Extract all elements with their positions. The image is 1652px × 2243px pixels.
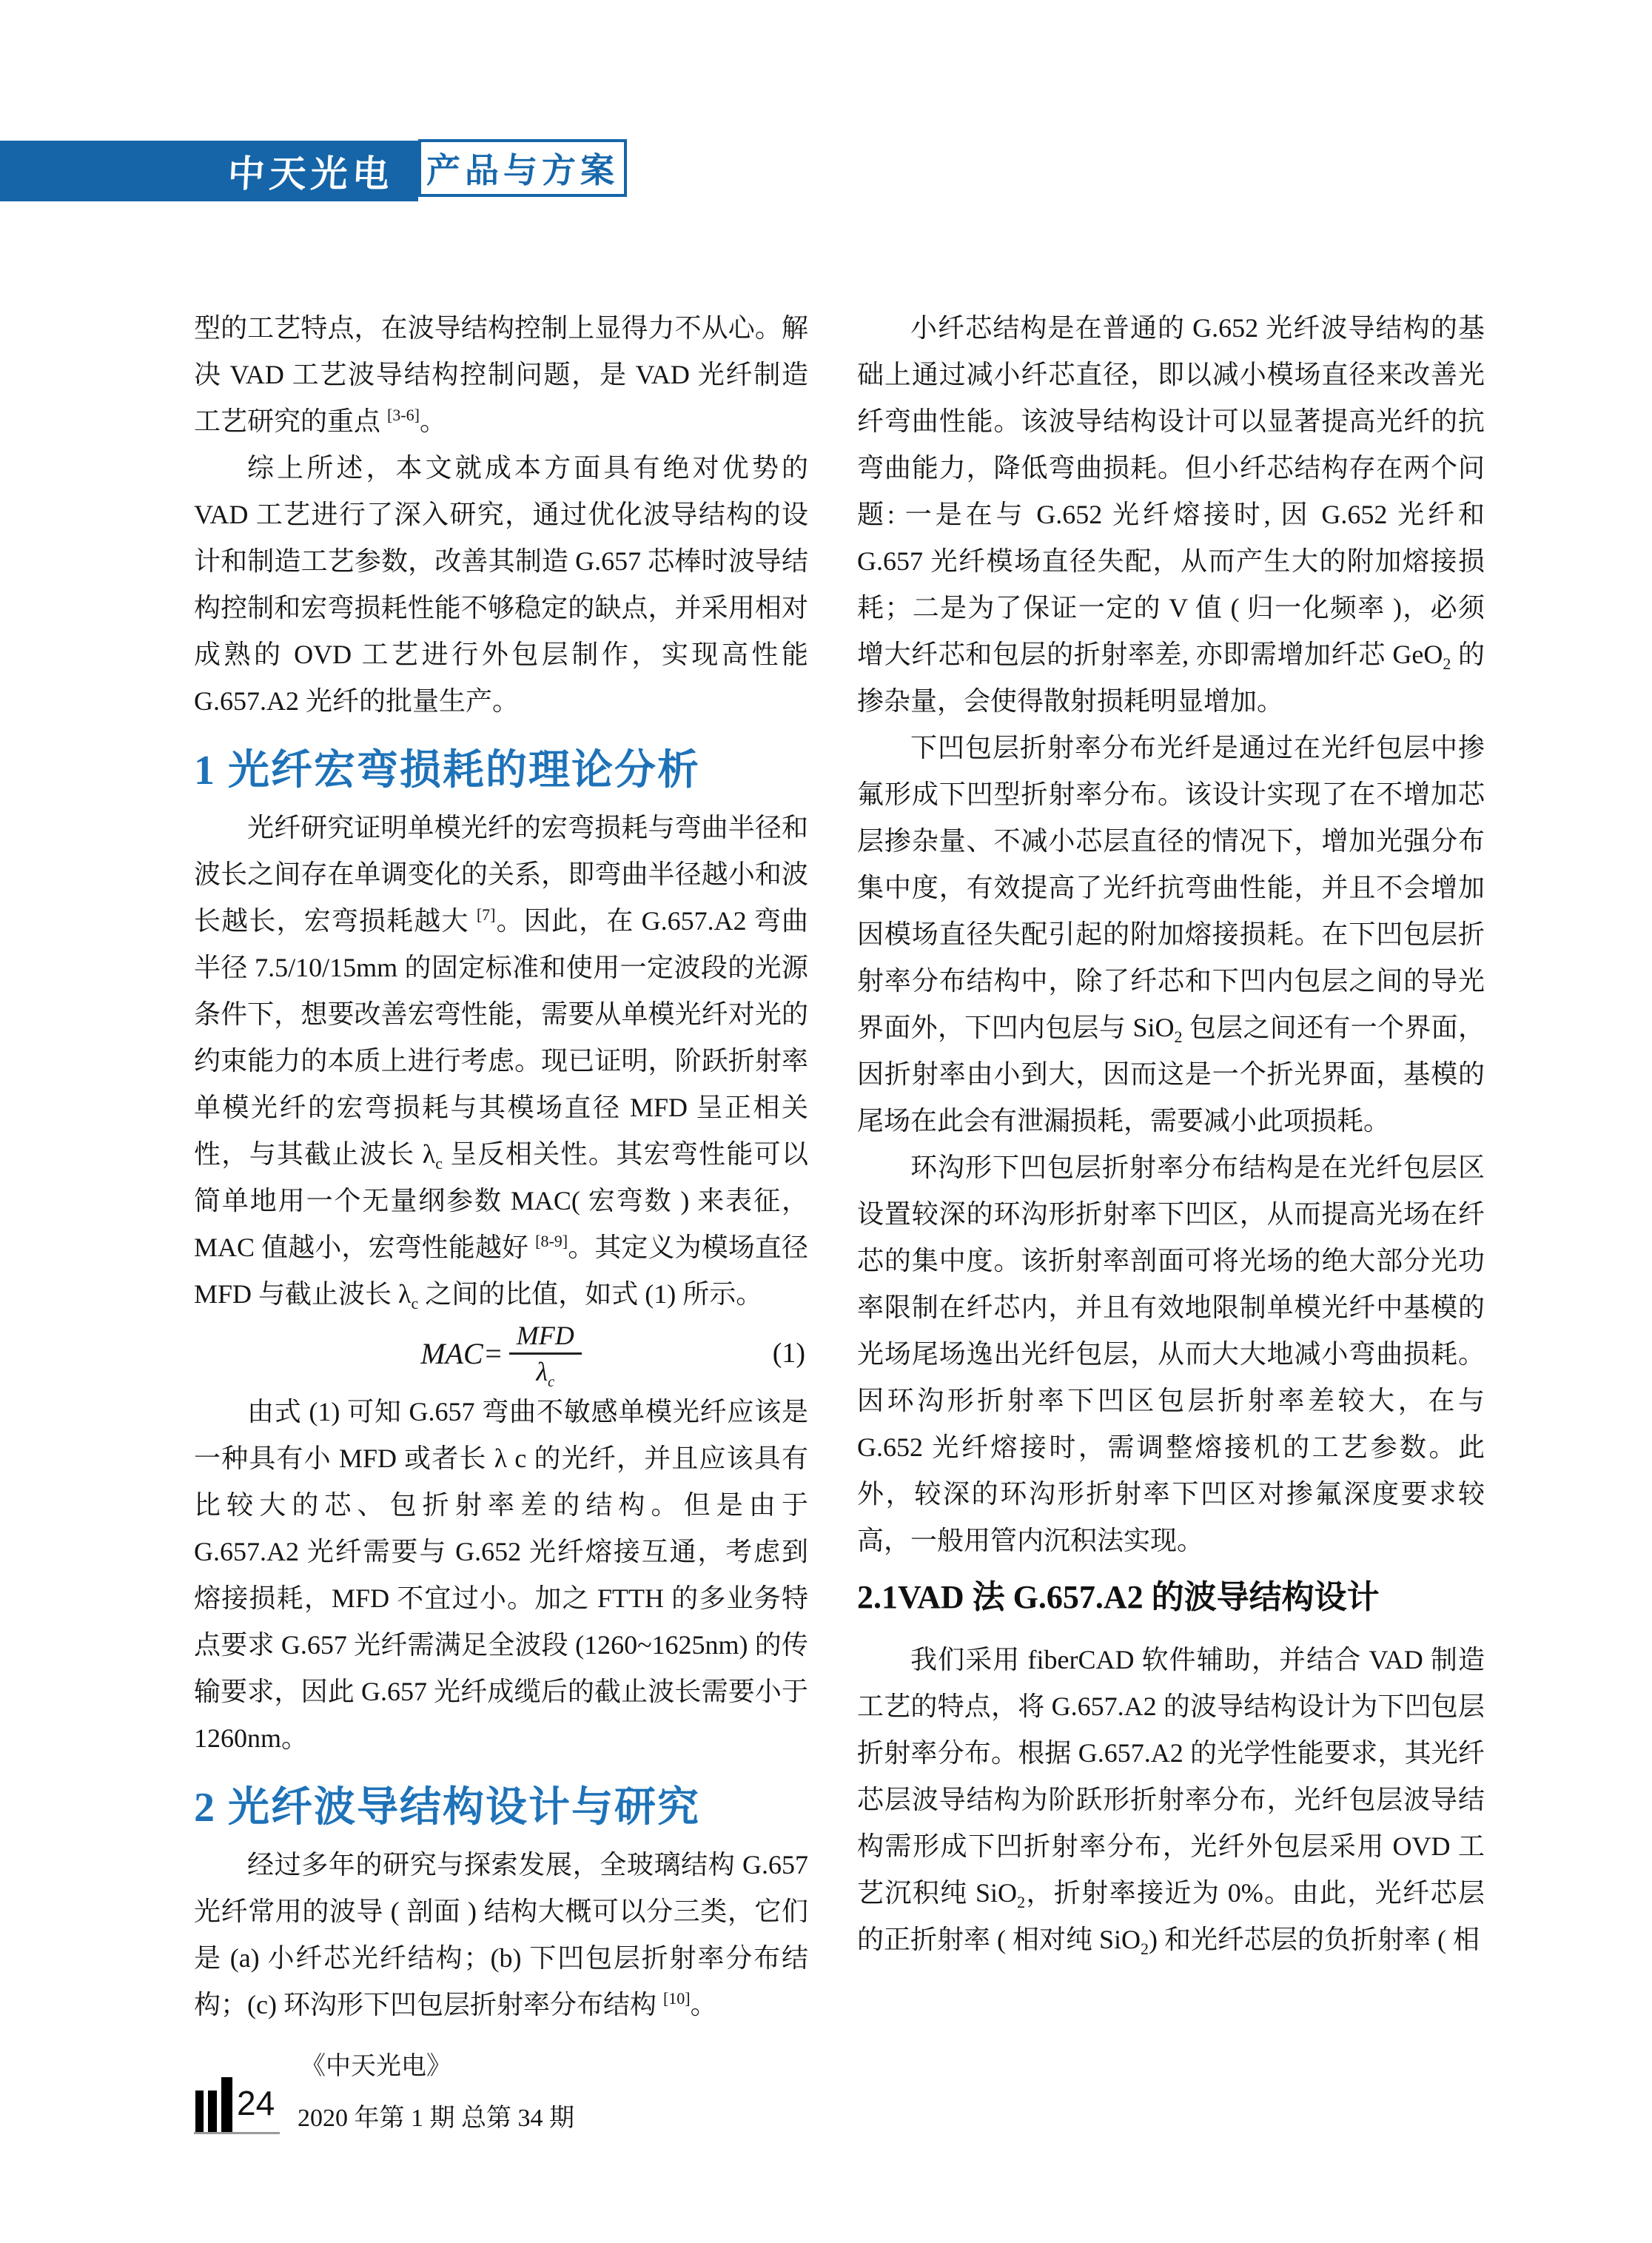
paragraph: 下凹包层折射率分布光纤是通过在光纤包层中掺氟形成下凹型折射率分布。该设计实现了在… <box>857 725 1485 1144</box>
citation-ref: [3-6] <box>387 406 420 424</box>
paragraph: 我们采用 fiberCAD 软件辅助，并结合 VAD 制造工艺的特点，将 G.6… <box>857 1637 1485 1963</box>
fraction: MFD λc <box>509 1318 582 1389</box>
section-label-box: 产品与方案 <box>418 139 627 197</box>
brand-logo: 中天光电 <box>226 144 395 198</box>
paragraph: 经过多年的研究与探索发展，全玻璃结构 G.657 光纤常用的波导 ( 剖面 ) … <box>194 1842 808 2028</box>
bar-icon <box>195 2091 204 2132</box>
equation-lhs: MAC= <box>420 1336 503 1371</box>
paragraph: 小纤芯结构是在普通的 G.652 光纤波导结构的基础上通过减小纤芯直径，即以减小… <box>857 305 1485 725</box>
subscript: 2 <box>1141 1939 1149 1958</box>
paragraph: 光纤研究证明单模光纤的宏弯损耗与弯曲半径和波长之间存在单调变化的关系，即弯曲半径… <box>194 805 808 1318</box>
paragraph: 综上所述，本文就成本方面具有绝对优势的 VAD 工艺进行了深入研究，通过优化波导… <box>194 445 808 725</box>
paragraph: 环沟形下凹包层折射率分布结构是在光纤包层区设置较深的环沟形折射率下凹区，从而提高… <box>857 1144 1485 1564</box>
lambda-symbol: λ <box>536 1357 548 1387</box>
subscript: c <box>412 1294 419 1312</box>
paragraph-text: 。 <box>691 1990 717 2019</box>
footer-rule <box>194 2132 280 2134</box>
section-heading-2: 2 光纤波导结构设计与研究 <box>194 1781 808 1834</box>
subscript: 2 <box>1175 1027 1183 1046</box>
subscript: 2 <box>1017 1893 1025 1911</box>
page-number: 24 <box>237 2083 275 2123</box>
page-badge-bars-icon <box>195 2077 232 2132</box>
subscript: c <box>435 1154 443 1173</box>
subscript: 2 <box>1443 654 1451 673</box>
paragraph-text: 小纤芯结构是在普通的 G.652 光纤波导结构的基础上通过减小纤芯直径，即以减小… <box>857 313 1485 669</box>
journal-page: 中天光电 产品与方案 型的工艺特点，在波导结构控制上显得力不从心。解决 VAD … <box>0 0 1652 2243</box>
bar-icon <box>221 2077 232 2132</box>
left-column: 型的工艺特点，在波导结构控制上显得力不从心。解决 VAD 工艺波导结构控制问题，… <box>194 305 808 2028</box>
citation-ref: [7] <box>477 905 496 924</box>
journal-name: 《中天光电》 <box>300 2051 451 2083</box>
fraction-numerator: MFD <box>509 1318 582 1355</box>
journal-issue: 2020 年第 1 期 总第 34 期 <box>298 2102 574 2135</box>
paragraph: 由式 (1) 可知 G.657 弯曲不敏感单模光纤应该是一种具有小 MFD 或者… <box>194 1389 808 1762</box>
equation: MAC= MFD λc (1) <box>194 1318 808 1389</box>
right-column: 小纤芯结构是在普通的 G.652 光纤波导结构的基础上通过减小纤芯直径，即以减小… <box>857 305 1485 1963</box>
paragraph-text: 。因此，在 G.657.A2 弯曲半径 7.5/10/15mm 的固定标准和使用… <box>194 906 808 1169</box>
subscript: c <box>548 1374 554 1390</box>
citation-ref: [8-9] <box>535 1232 568 1250</box>
bar-icon <box>208 2091 217 2132</box>
paragraph: 型的工艺特点，在波导结构控制上显得力不从心。解决 VAD 工艺波导结构控制问题，… <box>194 305 808 445</box>
paragraph-text: ) 和光纤芯层的负折射率 ( 相 <box>1149 1925 1480 1954</box>
citation-ref: [10] <box>663 1989 691 2008</box>
paragraph-text: 型的工艺特点，在波导结构控制上显得力不从心。解决 VAD 工艺波导结构控制问题，… <box>194 313 808 436</box>
paragraph-text: 下凹包层折射率分布光纤是通过在光纤包层中掺氟形成下凹型折射率分布。该设计实现了在… <box>857 733 1485 1042</box>
section-heading-1: 1 光纤宏弯损耗的理论分析 <box>194 744 808 797</box>
equation-number: (1) <box>773 1337 805 1369</box>
header-bar: 中天光电 <box>0 141 418 201</box>
subsection-heading-2-1: 2.1VAD 法 G.657.A2 的波导结构设计 <box>857 1578 1485 1617</box>
section-label: 产品与方案 <box>426 144 619 192</box>
fraction-denominator: λc <box>536 1355 554 1389</box>
paragraph-text: 之间的比值，如式 (1) 所示。 <box>418 1279 762 1309</box>
paragraph-text: 。 <box>420 406 446 436</box>
paragraph-text: 我们采用 fiberCAD 软件辅助，并结合 VAD 制造工艺的特点，将 G.6… <box>857 1645 1485 1908</box>
